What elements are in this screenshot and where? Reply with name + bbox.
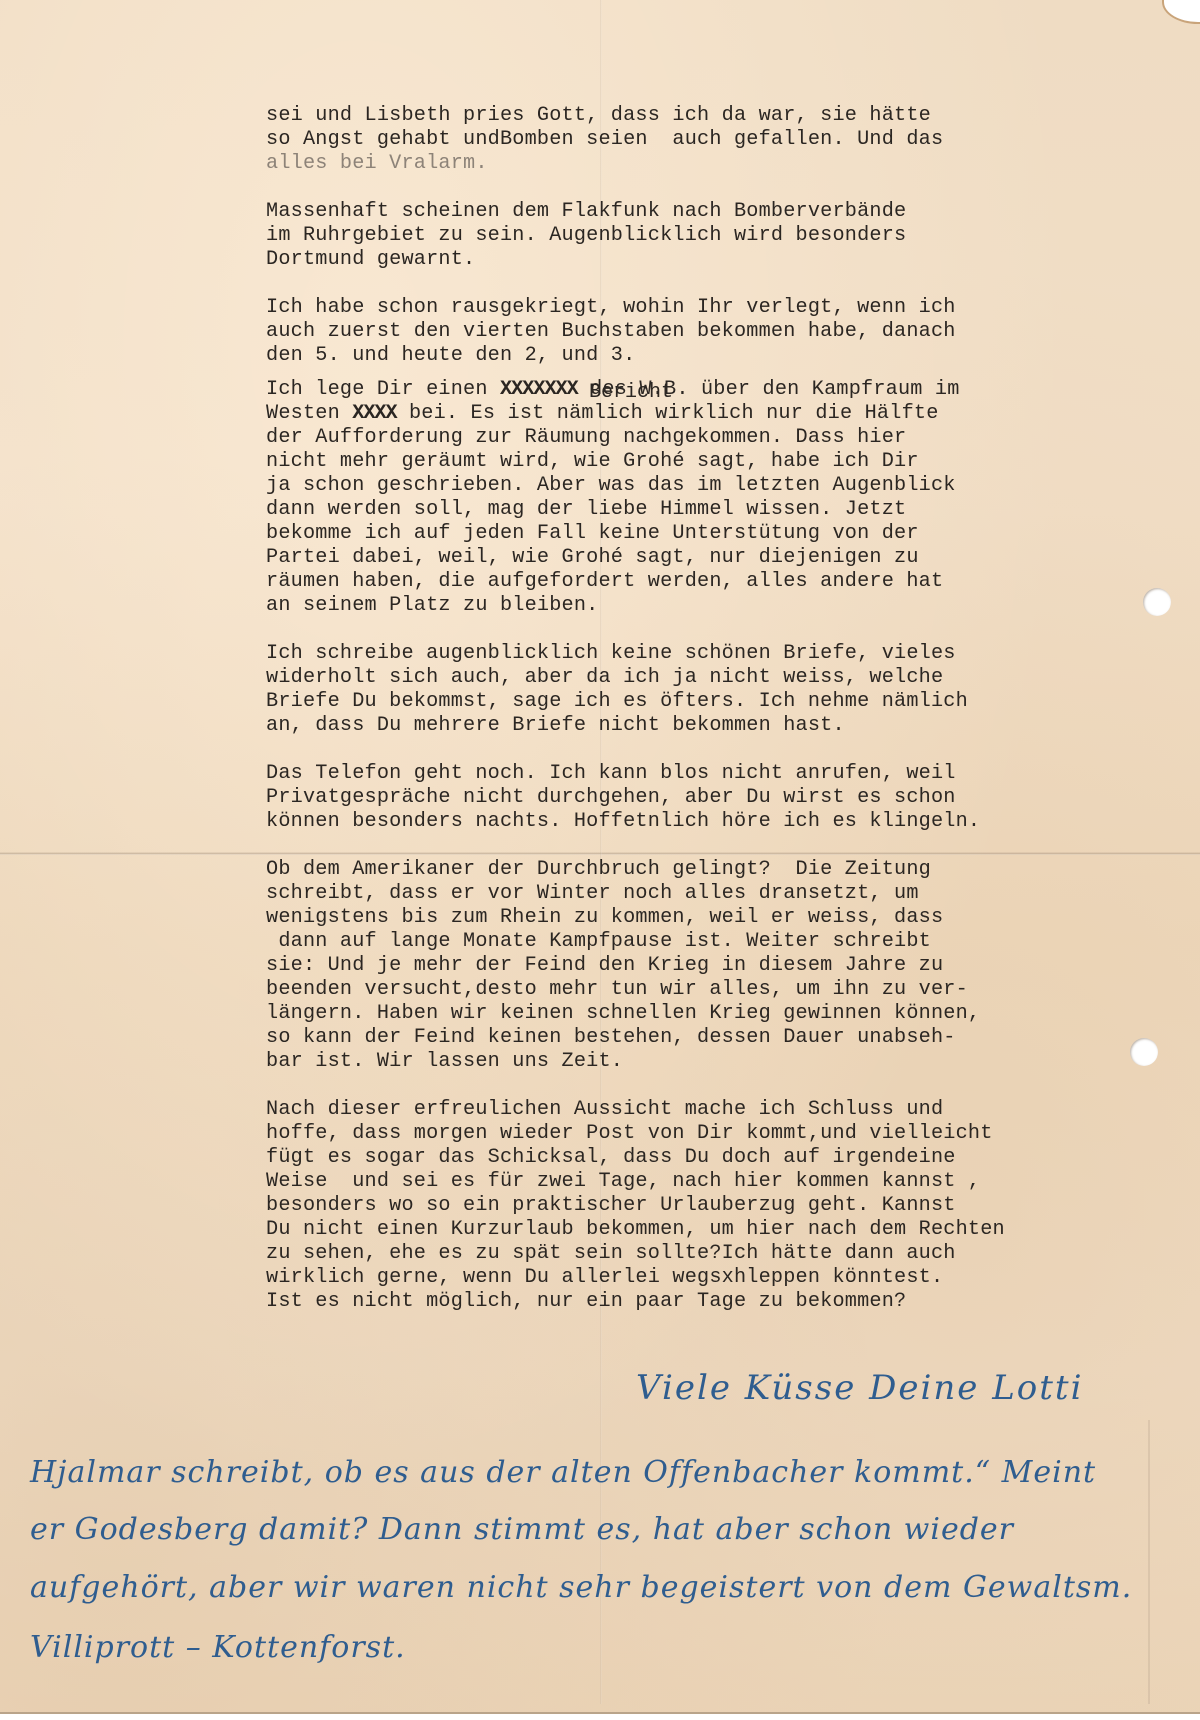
text-line: dann werden soll, mag der liebe Himmel w…	[266, 498, 1166, 522]
text-line: sei und Lisbeth pries Gott, dass ich da …	[266, 104, 1166, 128]
text-line: dann auf lange Monate Kampfpause ist. We…	[266, 930, 1166, 954]
paragraph-8: Nach dieser erfreulichen Aussicht mache …	[266, 1098, 1166, 1314]
handwritten-postscript-line: aufgehört, aber wir waren nicht sehr beg…	[30, 1570, 1180, 1605]
text-line: Du nicht einen Kurzurlaub bekommen, um h…	[266, 1218, 1166, 1242]
text-line: so kann der Feind keinen bestehen, desse…	[266, 1026, 1166, 1050]
handwritten-signature: Viele Küsse Deine Lotti	[636, 1368, 1083, 1408]
struck-out-text: XXXX	[352, 402, 396, 425]
text-line: der Aufforderung zur Räumung nachgekomme…	[266, 426, 1166, 450]
paragraph-5: Ich schreibe augenblicklich keine schöne…	[266, 642, 1166, 738]
text-line: alles bei Vralarm.	[266, 152, 1166, 176]
paragraph-1: sei und Lisbeth pries Gott, dass ich da …	[266, 104, 1166, 176]
text-line: besonders wo so ein praktischer Urlauber…	[266, 1194, 1166, 1218]
text-line: beenden versucht,desto mehr tun wir alle…	[266, 978, 1166, 1002]
text-line: Partei dabei, weil, wie Grohé sagt, nur …	[266, 546, 1166, 570]
paragraph-4: Ich lege Dir einen XXXXXXX des W.B. über…	[266, 378, 1166, 618]
paragraph-2: Massenhaft scheinen dem Flakfunk nach Bo…	[266, 200, 1166, 272]
text-line: Das Telefon geht noch. Ich kann blos nic…	[266, 762, 1166, 786]
text-line: Ich schreibe augenblicklich keine schöne…	[266, 642, 1166, 666]
struck-out-text: XXXXXXX	[500, 378, 578, 401]
text-line: räumen haben, die aufgefordert werden, a…	[266, 570, 1166, 594]
paragraph-7: Ob dem Amerikaner der Durchbruch gelingt…	[266, 858, 1166, 1074]
text-line: Ob dem Amerikaner der Durchbruch gelingt…	[266, 858, 1166, 882]
paragraph-6: Das Telefon geht noch. Ich kann blos nic…	[266, 762, 1166, 834]
text-line: Ich habe schon rausgekriegt, wohin Ihr v…	[266, 296, 1166, 320]
text-line: ja schon geschrieben. Aber was das im le…	[266, 474, 1166, 498]
typed-letter-body: sei und Lisbeth pries Gott, dass ich da …	[266, 104, 1166, 1314]
text-line: bekomme ich auf jeden Fall keine Unterst…	[266, 522, 1166, 546]
text-line: Ich lege Dir einen XXXXXXX des W.B. über…	[266, 378, 1166, 402]
text-line: auch zuerst den vierten Buchstaben bekom…	[266, 320, 1166, 344]
text-line: wirklich gerne, wenn Du allerlei wegsxhl…	[266, 1266, 1166, 1290]
text-line: wenigstens bis zum Rhein zu kommen, weil…	[266, 906, 1166, 930]
text-line: sie: Und je mehr der Feind den Krieg in …	[266, 954, 1166, 978]
text-line: widerholt sich auch, aber da ich ja nich…	[266, 666, 1166, 690]
torn-corner	[1162, 0, 1200, 24]
text-line: Nach dieser erfreulichen Aussicht mache …	[266, 1098, 1166, 1122]
text-line: längern. Haben wir keinen schnellen Krie…	[266, 1002, 1166, 1026]
text-line: zu sehen, ehe es zu spät sein sollte?Ich…	[266, 1242, 1166, 1266]
handwritten-postscript-line: Villiprott – Kottenforst.	[30, 1630, 1180, 1665]
text-line: Massenhaft scheinen dem Flakfunk nach Bo…	[266, 200, 1166, 224]
paragraph-3: Ich habe schon rausgekriegt, wohin Ihr v…	[266, 296, 1166, 368]
text-line: schreibt, dass er vor Winter noch alles …	[266, 882, 1166, 906]
text-line: hoffe, dass morgen wieder Post von Dir k…	[266, 1122, 1166, 1146]
text-line: Briefe Du bekommst, sage ich es öfters. …	[266, 690, 1166, 714]
text-line: bar ist. Wir lassen uns Zeit.	[266, 1050, 1166, 1074]
text-line: Ist es nicht möglich, nur ein paar Tage …	[266, 1290, 1166, 1314]
text-line: so Angst gehabt undBomben seien auch gef…	[266, 128, 1166, 152]
text-line: an seinem Platz zu bleiben.	[266, 594, 1166, 618]
text-line: können besonders nachts. Hoffetnlich hör…	[266, 810, 1166, 834]
text-line: fügt es sogar das Schicksal, dass Du doc…	[266, 1146, 1166, 1170]
text-line: Dortmund gewarnt.	[266, 248, 1166, 272]
text-line: Weise und sei es für zwei Tage, nach hie…	[266, 1170, 1166, 1194]
text-line: den 5. und heute den 2, und 3.	[266, 344, 1166, 368]
handwritten-postscript-line: er Godesberg damit? Dann stimmt es, hat …	[30, 1512, 1180, 1547]
text-line: Privatgespräche nicht durchgehen, aber D…	[266, 786, 1166, 810]
letter-paper: Bericht sei und Lisbeth pries Gott, dass…	[0, 0, 1200, 1714]
handwritten-postscript-line: Hjalmar schreibt, ob es aus der alten Of…	[30, 1455, 1180, 1490]
text-line: im Ruhrgebiet zu sein. Augenblicklich wi…	[266, 224, 1166, 248]
text-line: Westen XXXX bei. Es ist nämlich wirklich…	[266, 402, 1166, 426]
text-line: nicht mehr geräumt wird, wie Grohé sagt,…	[266, 450, 1166, 474]
text-line: an, dass Du mehrere Briefe nicht bekomme…	[266, 714, 1166, 738]
